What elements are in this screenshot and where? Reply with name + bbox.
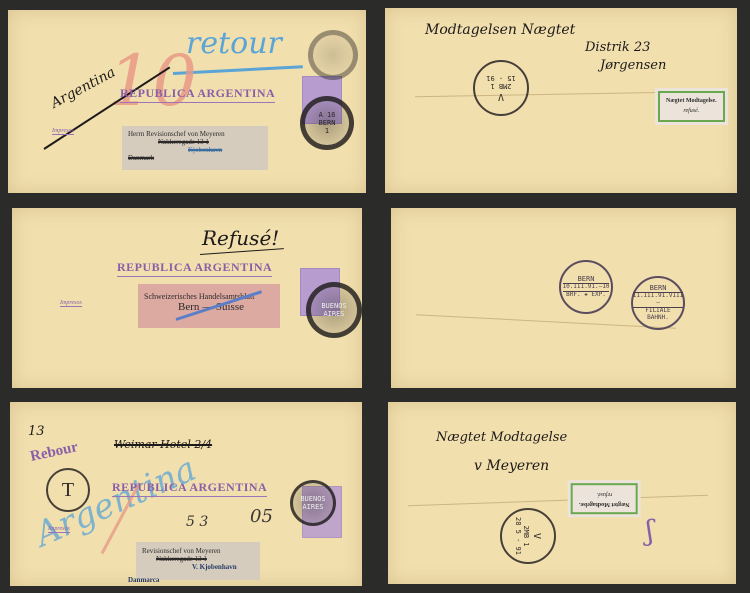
address-label: Herrn Revisionschef von Meyeren Nakkereg… bbox=[122, 126, 268, 170]
postmark-line: 11.III.91.VIII— bbox=[633, 292, 684, 308]
address-line: V. Kjobenhavn bbox=[142, 563, 254, 571]
address-line: Revisionschef von Meyeren bbox=[142, 547, 254, 555]
postmark-line: A 16 bbox=[319, 111, 336, 119]
address-line: Nakkeregade 13 1 bbox=[142, 555, 254, 563]
printed-heading: REPUBLICA ARGENTINA bbox=[112, 480, 267, 497]
refused-label-line-1: Nægtet Modtagelse. bbox=[579, 499, 630, 509]
postmark: V 2MB 1 28 5 - 91 bbox=[500, 508, 556, 564]
wrapper-front-3: 13 Rebour T Weimar Hotel 2/4 Argentina R… bbox=[10, 402, 362, 586]
refused-label-line-2: refusé. bbox=[666, 107, 717, 117]
postmark-bern-2: BERN 11.III.91.VIII— FILIALE BAHNH. bbox=[631, 276, 685, 330]
handwritten-digits: 5 3 bbox=[186, 514, 208, 530]
postmark-line: 28 5 - 91 bbox=[514, 517, 522, 555]
handwritten-line-2: v Meyeren bbox=[474, 458, 549, 474]
postmark-line: V bbox=[530, 533, 542, 539]
postmark-line: BERN bbox=[319, 119, 336, 127]
handwritten-refuse: Refusé! bbox=[202, 226, 279, 250]
impresos-label: Impresos bbox=[48, 526, 70, 533]
postmark-bern-1: BERN 10.III.91.—10 BRF. ✚ EXP. bbox=[559, 260, 613, 314]
postmark-line: AIRES bbox=[302, 503, 323, 511]
address-line: Kjobenhavn bbox=[128, 146, 262, 154]
refused-label: Nægtet Modtagelse. refusé. bbox=[655, 88, 728, 125]
postmark-line: 1 bbox=[325, 127, 329, 135]
impresos-label: Impresos bbox=[52, 128, 74, 135]
printed-heading: REPUBLICA ARGENTINA bbox=[117, 260, 272, 277]
postmark-line: AIRES bbox=[323, 310, 344, 318]
handwritten-signature: Jørgensen bbox=[600, 58, 666, 73]
handwritten-fraction: 05 bbox=[250, 506, 273, 527]
address-line: Danmark bbox=[128, 154, 262, 162]
wrapper-back-1: Modtagelsen Nægtet Distrik 23 Jørgensen … bbox=[385, 8, 737, 193]
printed-heading: REPUBLICA ARGENTINA bbox=[120, 86, 275, 103]
postmark: V 2MB 1 15 - 91 bbox=[473, 60, 529, 116]
postmark: BUENOS AIRES bbox=[290, 480, 336, 526]
address-line: Herrn Revisionschef von Meyeren bbox=[128, 130, 262, 138]
refused-label: Nægtet Modtagelse. refusé. bbox=[568, 480, 641, 517]
purple-mark: ʃ bbox=[646, 514, 654, 547]
handwritten-line-1: Modtagelsen Nægtet bbox=[425, 22, 575, 38]
handwritten-retour: retour bbox=[186, 26, 282, 61]
postmark-line: BERN bbox=[650, 284, 667, 292]
wrapper-back-2: BERN 10.III.91.—10 BRF. ✚ EXP. BERN 11.I… bbox=[391, 208, 736, 388]
address-country: Danmarca bbox=[128, 576, 159, 584]
postmark-line: V bbox=[498, 90, 504, 102]
impresos-label: Impresos bbox=[60, 300, 82, 307]
postmark-line: 15 - 91 bbox=[486, 74, 516, 82]
postmark-line: 2MB 1 bbox=[522, 525, 530, 546]
retour-stamp: Rebour bbox=[29, 439, 80, 466]
postmark-line: BUENOS bbox=[300, 495, 325, 503]
flap-fold bbox=[408, 495, 708, 506]
wrapper-front-1: retour 10 Argentina REPUBLICA ARGENTINA … bbox=[8, 10, 366, 193]
postmark-line: BERN bbox=[578, 275, 595, 283]
address-label: Revisionschef von Meyeren Nakkeregade 13… bbox=[136, 542, 260, 580]
postmark-line: BRF. ✚ EXP. bbox=[566, 292, 606, 299]
handwritten-line-2: Distrik 23 bbox=[585, 40, 650, 55]
postmark-ghost bbox=[308, 30, 358, 80]
handwritten-line-1: Nægtet Modtagelse bbox=[436, 430, 567, 445]
flap-fold bbox=[415, 92, 675, 98]
refused-label-line-2: refusé. bbox=[579, 489, 630, 499]
postmark: BUENOS AIRES bbox=[306, 282, 362, 338]
postmark-line: FILIALE BAHNH. bbox=[633, 308, 683, 322]
handwritten-struck-address: Weimar Hotel 2/4 bbox=[114, 438, 212, 451]
handwritten-number: 13 bbox=[28, 424, 45, 439]
postmark-line: BUENOS bbox=[321, 302, 346, 310]
postmark-line: 2MB 1 bbox=[490, 82, 511, 90]
handwritten-tax-numeral: 10 bbox=[108, 40, 197, 122]
wrapper-back-3: Nægtet Modtagelse v Meyeren V 2MB 1 28 5… bbox=[388, 402, 736, 584]
wrapper-front-2: Refusé! REPUBLICA ARGENTINA Impresos BUE… bbox=[12, 208, 362, 388]
address-line: Nakkeregade 13 1 bbox=[128, 138, 262, 146]
refused-label-line-1: Nægtet Modtagelse. bbox=[666, 97, 717, 107]
address-label: Schweizerisches Handelsamtsblatt Bern — … bbox=[138, 284, 280, 328]
postmark: A 16 BERN 1 bbox=[300, 96, 354, 150]
